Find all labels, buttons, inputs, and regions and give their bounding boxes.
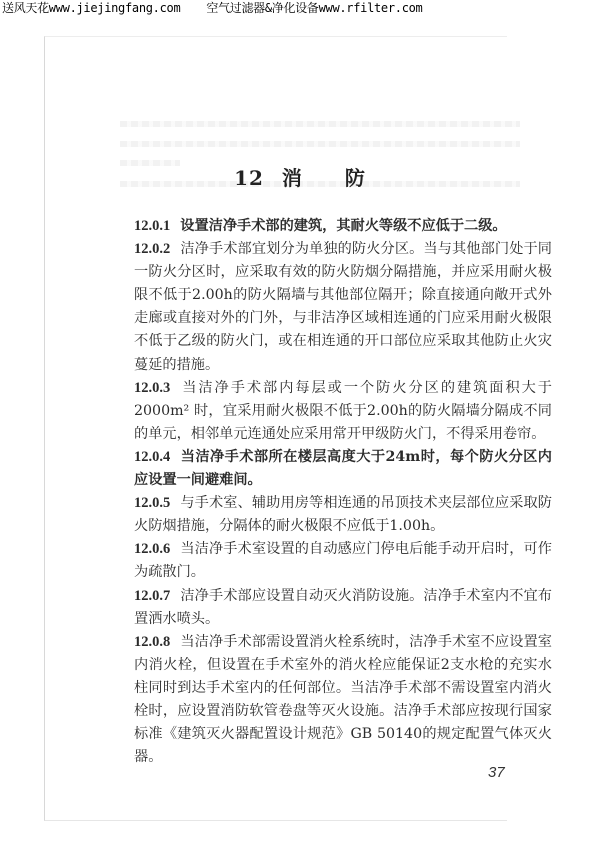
clause-12-0-3: 12.0.3当洁净手术部内每层或一个防火分区的建筑面积大于2000m² 时，宜采… <box>134 377 552 446</box>
clause-12-0-5: 12.0.5与手术室、辅助用房等相连通的吊顶技术夹层部位应采取防火防烟措施，分隔… <box>134 492 552 538</box>
clause-number: 12.0.1 <box>134 218 170 234</box>
clause-number: 12.0.2 <box>134 241 170 257</box>
page-number: 37 <box>488 764 505 781</box>
bleed-through-line <box>120 141 520 147</box>
chapter-number: 12 <box>234 166 264 190</box>
clause-12-0-4: 12.0.4当洁净手术部所在楼层高度大于24m时，每个防火分区内应设置一间避难间… <box>134 446 552 492</box>
clause-text: 设置洁净手术部的建筑，其耐火等级不应低于二级。 <box>180 218 506 234</box>
clause-text: 当洁净手术部需设置消火栓系统时，洁净手术室不应设置室内消火栓，但设置在手术室外的… <box>134 634 552 765</box>
chapter-title-char-2: 防 <box>345 166 366 190</box>
clause-text: 洁净手术部宜划分为单独的防火分区。当与其他部门处于同一防火分区时，应采取有效的防… <box>134 241 552 372</box>
clause-number: 12.0.7 <box>134 588 170 604</box>
watermark-right: 空气过滤器&净化设备www.rfilter.com <box>206 1 422 15</box>
clause-number: 12.0.8 <box>134 634 170 650</box>
chapter-title: 12消防 <box>0 162 600 191</box>
clause-12-0-2: 12.0.2洁净手术部宜划分为单独的防火分区。当与其他部门处于同一防火分区时，应… <box>134 238 552 377</box>
clause-list: 12.0.1设置洁净手术部的建筑，其耐火等级不应低于二级。 12.0.2洁净手术… <box>134 215 552 769</box>
bleed-through-line <box>120 121 520 127</box>
clause-text: 与手术室、辅助用房等相连通的吊顶技术夹层部位应采取防火防烟措施，分隔体的耐火极限… <box>134 495 552 534</box>
clause-text: 当洁净手术部内每层或一个防火分区的建筑面积大于2000m² 时，宜采用耐火极限不… <box>134 380 552 442</box>
clause-12-0-6: 12.0.6当洁净手术室设置的自动感应门停电后能手动开启时，可作为疏散门。 <box>134 538 552 584</box>
clause-number: 12.0.6 <box>134 541 170 557</box>
clause-12-0-8: 12.0.8当洁净手术部需设置消火栓系统时，洁净手术室不应设置室内消火栓，但设置… <box>134 631 552 770</box>
clause-number: 12.0.4 <box>134 449 170 465</box>
clause-text: 当洁净手术部所在楼层高度大于24m时，每个防火分区内应设置一间避难间。 <box>134 449 552 488</box>
watermark-left: 送风天花www.jiejingfang.com <box>2 1 180 15</box>
watermark-header: 送风天花www.jiejingfang.com空气过滤器&净化设备www.rfi… <box>2 1 422 15</box>
chapter-title-char-1: 消 <box>282 166 303 190</box>
clause-number: 12.0.5 <box>134 495 170 511</box>
clause-12-0-7: 12.0.7洁净手术部应设置自动灭火消防设施。洁净手术室内不宜布置洒水喷头。 <box>134 585 552 631</box>
clause-12-0-1: 12.0.1设置洁净手术部的建筑，其耐火等级不应低于二级。 <box>134 215 552 238</box>
clause-text: 洁净手术部应设置自动灭火消防设施。洁净手术室内不宜布置洒水喷头。 <box>134 588 552 627</box>
clause-text: 当洁净手术室设置的自动感应门停电后能手动开启时，可作为疏散门。 <box>134 541 552 580</box>
clause-number: 12.0.3 <box>134 380 170 396</box>
